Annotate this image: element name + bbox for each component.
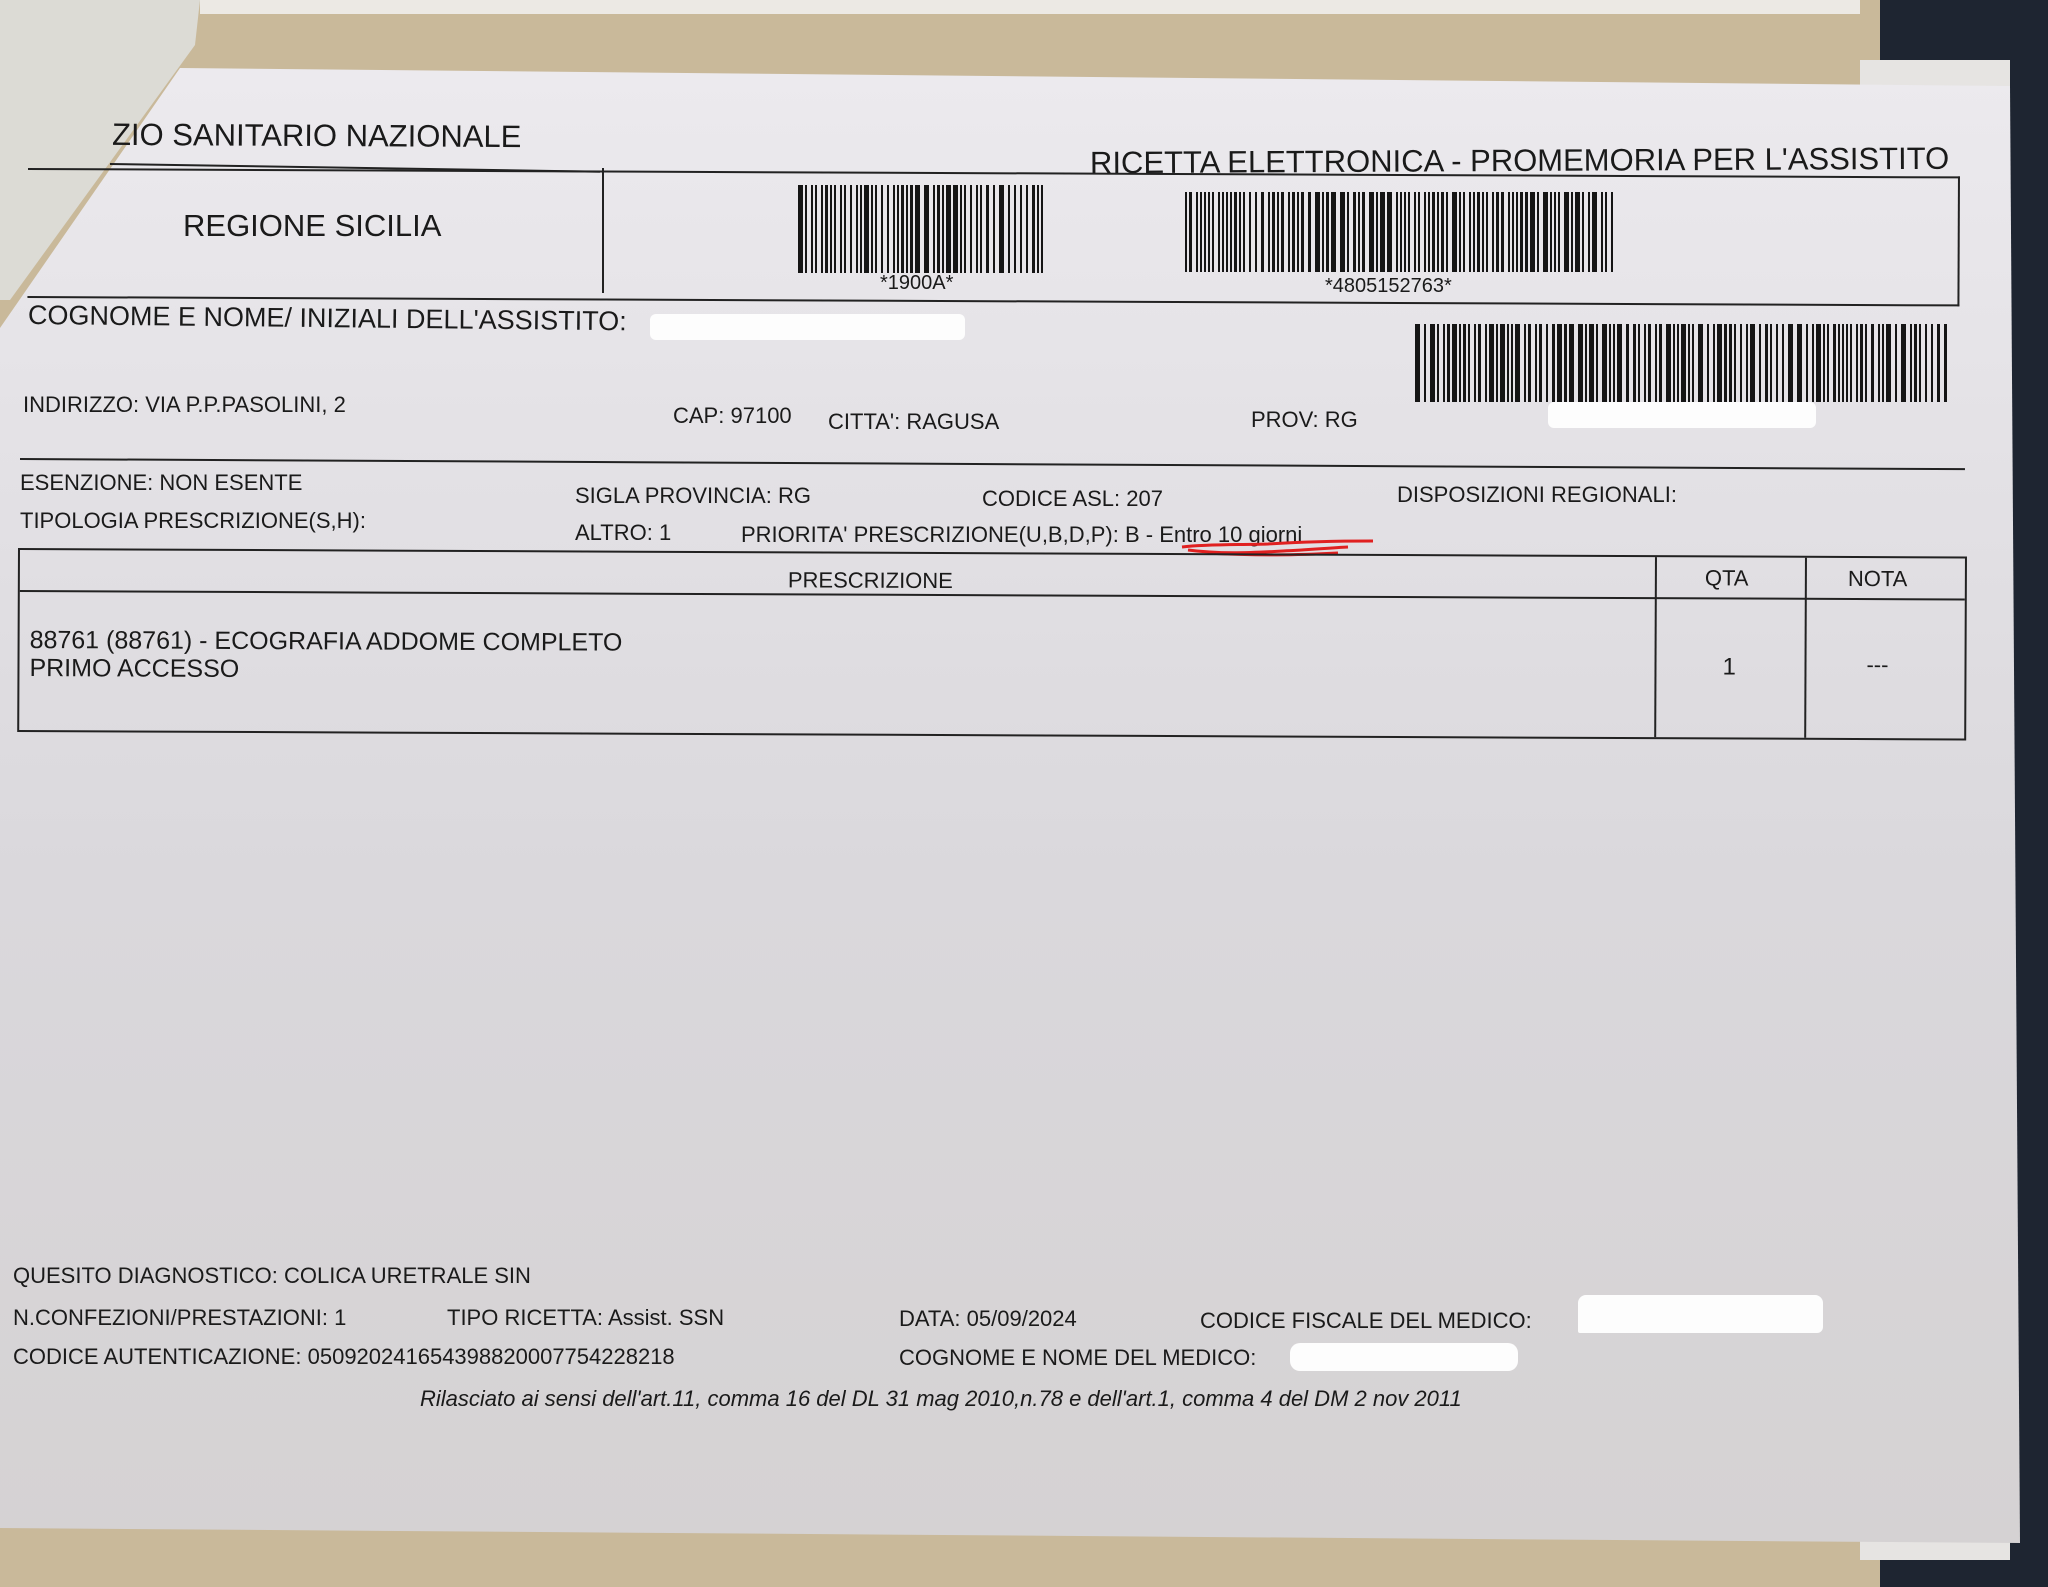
header-divider <box>602 168 604 293</box>
quesito-field: QUESITO DIAGNOSTICO: COLICA URETRALE SIN <box>13 1263 531 1289</box>
data-value: 05/09/2024 <box>967 1306 1077 1331</box>
redaction-medico-name <box>1290 1343 1518 1371</box>
sigla-label: SIGLA PROVINCIA: <box>575 483 772 508</box>
esenzione-value: NON ESENTE <box>159 470 302 495</box>
service-title: ZIO SANITARIO NAZIONALE <box>112 117 522 155</box>
city-value: RAGUSA <box>906 409 999 434</box>
prescrizione-line1: 88761 (88761) - ECOGRAFIA ADDOME COMPLET… <box>30 626 623 658</box>
legal-note: Rilasciato ai sensi dell'art.11, comma 1… <box>420 1386 1462 1412</box>
prov-value: RG <box>1325 407 1358 432</box>
address-label: INDIRIZZO: VIA P.P.PASOLINI, 2 <box>23 392 346 418</box>
sigla-field: SIGLA PROVINCIA: RG <box>575 483 811 509</box>
cf-medico-label: CODICE FISCALE DEL MEDICO: <box>1200 1308 1532 1334</box>
barcode-prescription-number-text: *4805152763* <box>1325 275 1452 298</box>
table-col-divider-qta <box>1654 557 1657 737</box>
redaction-cf-medico <box>1578 1295 1823 1333</box>
redaction-patient-name <box>650 314 965 340</box>
section-divider <box>20 458 1965 470</box>
table-header-qta: QTA <box>1705 565 1749 591</box>
tipo-ricetta-label: TIPO RICETTA: <box>447 1305 603 1330</box>
barcode-1900a-text: *1900A* <box>880 272 953 295</box>
barcode-prescription-number <box>1185 192 1615 272</box>
table-row: 88761 (88761) - ECOGRAFIA ADDOME COMPLET… <box>20 550 1965 558</box>
region-name: REGIONE SICILIA <box>183 208 441 244</box>
quesito-label: QUESITO DIAGNOSTICO: <box>13 1263 278 1288</box>
confezioni-value: 1 <box>334 1305 346 1330</box>
disposizioni-label: DISPOSIZIONI REGIONALI: <box>1397 482 1677 508</box>
prov-field: PROV: RG <box>1251 407 1358 433</box>
priorita-label: PRIORITA' PRESCRIZIONE(U,B,D,P): <box>741 522 1119 547</box>
prescrizione-line2: PRIMO ACCESSO <box>29 654 239 684</box>
data-label: DATA: <box>899 1306 961 1331</box>
row-nota: --- <box>1866 652 1888 678</box>
barcode-1900a <box>798 185 1046 273</box>
quesito-value: COLICA URETRALE SIN <box>284 1263 531 1288</box>
priorita-code: B <box>1125 522 1140 547</box>
altro-field: ALTRO: 1 <box>575 520 671 546</box>
patient-name-label: COGNOME E NOME/ INIZIALI DELL'ASSISTITO: <box>28 300 627 337</box>
cap-value: 97100 <box>730 403 791 428</box>
barcode-fiscal-code <box>1415 324 1950 402</box>
table-header-divider <box>20 590 1965 600</box>
prescription-table: PRESCRIZIONE QTA NOTA 88761 (88761) - EC… <box>17 548 1967 741</box>
tipo-ricetta-field: TIPO RICETTA: Assist. SSN <box>447 1305 724 1331</box>
confezioni-field: N.CONFEZIONI/PRESTAZIONI: 1 <box>13 1305 346 1331</box>
city-label: CITTA': <box>828 409 900 434</box>
asl-label: CODICE ASL: <box>982 486 1120 511</box>
table-header-nota: NOTA <box>1848 566 1908 592</box>
tipologia-label: TIPOLOGIA PRESCRIZIONE(S,H): <box>20 508 366 534</box>
table-header-prescrizione: PRESCRIZIONE <box>788 567 953 594</box>
tipo-ricetta-value: Assist. SSN <box>608 1305 724 1330</box>
asl-value: 207 <box>1126 486 1163 511</box>
cap-field: CAP: 97100 <box>673 403 792 429</box>
address-label-text: INDIRIZZO: <box>23 392 139 417</box>
data-field: DATA: 05/09/2024 <box>899 1306 1077 1332</box>
medico-name-label: COGNOME E NOME DEL MEDICO: <box>899 1345 1256 1371</box>
confezioni-label: N.CONFEZIONI/PRESTAZIONI: <box>13 1305 328 1330</box>
sigla-value: RG <box>778 483 811 508</box>
esenzione-field: ESENZIONE: NON ESENTE <box>20 470 302 496</box>
cap-label: CAP: <box>673 403 724 428</box>
redaction-fiscal-code <box>1548 402 1816 428</box>
auth-field: CODICE AUTENTICAZIONE: 05092024165439882… <box>13 1344 675 1370</box>
table-col-divider-nota <box>1804 558 1807 738</box>
esenzione-label: ESENZIONE: <box>20 470 153 495</box>
auth-label: CODICE AUTENTICAZIONE: <box>13 1344 301 1369</box>
row-qta: 1 <box>1722 653 1735 681</box>
prescription-document: ZIO SANITARIO NAZIONALE RICETTA ELETTRON… <box>0 0 2048 1587</box>
address-value: VIA P.P.PASOLINI, 2 <box>145 392 346 417</box>
altro-value: 1 <box>659 520 671 545</box>
prov-label: PROV: <box>1251 407 1319 432</box>
asl-field: CODICE ASL: 207 <box>982 486 1163 512</box>
city-field: CITTA': RAGUSA <box>828 409 999 435</box>
auth-value: 050920241654398820007754228218 <box>308 1344 675 1369</box>
altro-label: ALTRO: <box>575 520 653 545</box>
